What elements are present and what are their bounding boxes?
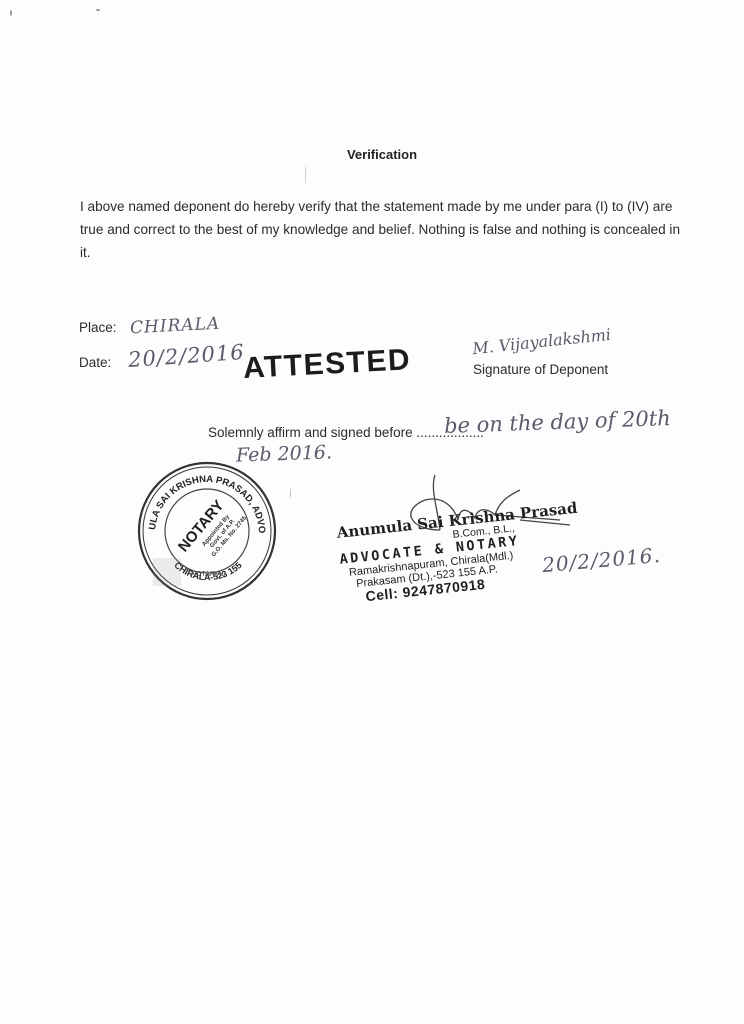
affirmation-text: Solemnly affirm and signed before <box>208 425 413 440</box>
attested-stamp: ATTESTED <box>242 343 412 386</box>
date-value-handwritten: 20/2/2016 <box>127 340 245 372</box>
seal-footer: NOTARIAL <box>191 571 226 578</box>
affirmation-handwritten-1: be on the day of 20th <box>444 406 671 438</box>
deponent-signature-label: Signature of Deponent <box>473 362 608 377</box>
affirmation-line: Solemnly affirm and signed before ......… <box>208 425 484 440</box>
document-title: Verification <box>0 147 744 162</box>
notary-seal-icon: ANUMULA SAI KRISHNA PRASAD, ADVOCATE CHI… <box>133 460 281 602</box>
place-value-handwritten: CHIRALA <box>130 314 221 339</box>
deponent-signature: M. Vijayalakshmi <box>471 325 611 358</box>
place-label: Place: <box>79 320 117 335</box>
scan-speck <box>305 165 306 185</box>
scan-speck <box>10 10 12 16</box>
date-label: Date: <box>79 355 111 370</box>
scan-speck <box>290 488 291 498</box>
scan-speck <box>96 9 100 11</box>
verification-statement: I above named deponent do hereby verify … <box>80 195 690 264</box>
